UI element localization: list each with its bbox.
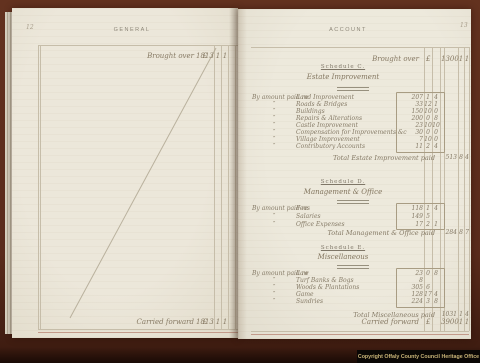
schedule-c-divider <box>337 87 369 91</box>
brought-over-label: Brought over <box>372 55 419 63</box>
amount-pence: 4 <box>432 143 440 150</box>
top-rule <box>251 47 469 48</box>
item-label: Game <box>296 291 314 298</box>
total-pence: 4 <box>464 154 470 161</box>
ditto-mark: ″ <box>273 129 275 136</box>
amount-shillings: 1 <box>424 205 432 212</box>
item-label: Turf Banks & Bogs <box>296 277 354 284</box>
schedule-e-title: Miscellaneous <box>278 253 408 261</box>
amount-pence: 1 <box>464 55 470 63</box>
schedule-d-heading: Schedule D. <box>278 179 408 185</box>
ditto-mark: ″ <box>273 136 275 143</box>
ledger-row: ″ Turf Banks & Bogs 8 <box>238 277 471 284</box>
amount-pounds: 118 <box>398 205 423 212</box>
amount-pence: 0 <box>432 108 440 115</box>
amount-pounds: 30 <box>398 129 423 136</box>
amount-pounds: 7 <box>398 136 423 143</box>
item-label: Roads & Bridges <box>296 101 347 108</box>
total-row: Total Estate Improvement paid 513 8 4 <box>238 154 471 161</box>
amount-pence: 1 <box>432 221 440 228</box>
amount-pounds: 149 <box>398 213 423 220</box>
right-page: 13 ACCOUNT Brought over £ 1300 1 1 Sched… <box>238 9 471 339</box>
amount-shillings: 2 <box>424 143 432 150</box>
amount-pounds: 1813 <box>196 52 212 60</box>
ledger-row: ″ Roads & Bridges 33 12 1 <box>238 101 471 108</box>
schedule-e-heading: Schedule E. <box>278 245 408 251</box>
amount-pence: 10 <box>432 122 440 129</box>
ledger-row: ″ Office Expenses 17 2 1 <box>238 221 471 228</box>
amount-shillings: 5 <box>424 213 432 220</box>
ditto-mark: ″ <box>273 143 275 150</box>
ledger-row: ″ Castle Improvement 23 10 10 <box>238 122 471 129</box>
ditto-mark: ″ <box>273 122 275 129</box>
amount-shillings: 12 <box>424 101 432 108</box>
ledger-row: ″ Buildings 150 10 0 <box>238 108 471 115</box>
ditto-mark: ″ <box>273 298 275 305</box>
total-pence: 7 <box>464 229 470 236</box>
amount-shillings: 1 <box>215 52 221 60</box>
amount-shillings: 3 <box>424 298 432 305</box>
amount-pence: 8 <box>432 115 440 122</box>
total-pounds: 513 <box>441 154 457 161</box>
item-label: Sundries <box>296 298 323 305</box>
item-label: Repairs & Alterations <box>296 115 362 122</box>
ditto-mark: ″ <box>273 115 275 122</box>
amount-pence: 1 <box>222 318 228 326</box>
ledger-row: ″ Salaries 149 5 <box>238 213 471 220</box>
amount-pounds: 200 <box>398 115 423 122</box>
ledger-row: ″ Game 128 17 4 <box>238 291 471 298</box>
amount-shillings: 10 <box>424 136 432 143</box>
amount-shillings: 1 <box>424 94 432 101</box>
ditto-mark: ″ <box>273 108 275 115</box>
carried-forward-line: Carried forward £ 1813 1 1 <box>12 318 238 327</box>
carried-forward-label: Carried forward <box>362 318 419 326</box>
amount-pence: 8 <box>432 270 440 277</box>
total-row: Total Management & Office paid 284 8 7 <box>238 229 471 236</box>
schedule-c-title: Estate Improvement <box>278 73 408 81</box>
amount-shillings: 10 <box>424 122 432 129</box>
item-label: Fees <box>296 205 310 212</box>
ledger-row: ″ Compensation for Improvements &c 30 0 … <box>238 129 471 136</box>
ditto-mark: ″ <box>273 291 275 298</box>
amount-pounds: 3900 <box>441 318 457 326</box>
schedule-c-heading: Schedule C. <box>278 64 408 70</box>
amount-pounds: 1813 <box>196 318 212 326</box>
currency-symbol: £ <box>426 318 430 326</box>
item-label: Contributory Accounts <box>296 143 365 150</box>
item-label: Castle Improvement <box>296 122 358 129</box>
brought-over-label: Brought over <box>147 52 194 60</box>
amount-pounds: 11 <box>398 143 423 150</box>
ditto-mark: ″ <box>273 101 275 108</box>
total-label: Total Management & Office paid <box>327 229 435 237</box>
amount-pence: 1 <box>222 52 228 60</box>
item-label: Law <box>296 270 309 277</box>
total-pounds: 284 <box>441 229 457 236</box>
schedule-d-title: Management & Office <box>278 188 408 196</box>
amount-pence: 0 <box>432 129 440 136</box>
amount-pence: 4 <box>432 205 440 212</box>
ditto-mark: ″ <box>273 284 275 291</box>
total-pence: 4 <box>464 311 470 318</box>
carried-forward-line: Carried forward £ 3900 1 1 <box>238 318 471 327</box>
amount-pounds: 8 <box>398 277 423 284</box>
ledger-row: By amount paid re Land Improvement 207 1… <box>238 94 471 101</box>
item-label: Woods & Plantations <box>296 284 359 291</box>
amount-pounds: 150 <box>398 108 423 115</box>
amount-shillings: 10 <box>424 108 432 115</box>
total-pounds: 1031 <box>441 311 457 318</box>
item-label: Office Expenses <box>296 221 345 228</box>
amount-pounds: 23 <box>398 122 423 129</box>
schedule-e-divider <box>337 265 369 269</box>
right-page-number: 13 <box>460 22 468 29</box>
amount-shillings: 2 <box>424 221 432 228</box>
ledger-row: By amount paid re Fees 118 1 4 <box>238 205 471 212</box>
amount-shillings: 0 <box>424 115 432 122</box>
amount-pence: 4 <box>432 94 440 101</box>
amount-pounds: 305 <box>398 284 423 291</box>
ledger-row: ″ Sundries 224 3 8 <box>238 298 471 305</box>
total-label: Total Estate Improvement paid <box>333 154 435 162</box>
ledger-row: ″ Village Improvement 7 10 0 <box>238 136 471 143</box>
bottom-rule-red <box>251 334 469 335</box>
amount-pounds: 1300 <box>441 55 457 63</box>
ditto-mark: ″ <box>273 221 275 228</box>
amount-pence: 1 <box>464 318 470 326</box>
ditto-mark: ″ <box>273 277 275 284</box>
amount-pounds: 224 <box>398 298 423 305</box>
bottom-rule <box>251 331 469 332</box>
amount-shillings: 17 <box>424 291 432 298</box>
amount-pence: 0 <box>432 136 440 143</box>
amount-pence: 8 <box>432 298 440 305</box>
item-label: Buildings <box>296 108 325 115</box>
amount-shillings: 0 <box>424 270 432 277</box>
item-label: Land Improvement <box>296 94 354 101</box>
ledger-row: By amount paid re Law 23 0 8 <box>238 270 471 277</box>
item-label: Salaries <box>296 213 321 220</box>
amount-pounds: 33 <box>398 101 423 108</box>
item-label: Village Improvement <box>296 136 360 143</box>
amount-shillings: 0 <box>424 129 432 136</box>
amount-shillings: 6 <box>424 284 432 291</box>
ditto-mark: ″ <box>273 213 275 220</box>
schedule-d-divider <box>337 200 369 204</box>
carried-forward-label: Carried forward <box>137 318 194 326</box>
amount-pence: 4 <box>432 291 440 298</box>
amount-pounds: 23 <box>398 270 423 277</box>
amount-pence: 1 <box>432 101 440 108</box>
account-stamp: ACCOUNT <box>316 27 380 33</box>
brought-over-line: Brought over £ 1300 1 1 <box>238 55 471 64</box>
amount-pounds: 207 <box>398 94 423 101</box>
ledger-row: ″ Contributory Accounts 11 2 4 <box>238 143 471 150</box>
item-label: Compensation for Improvements &c <box>296 129 407 136</box>
ledger-row: ″ Repairs & Alterations 200 0 8 <box>238 115 471 122</box>
currency-symbol: £ <box>426 55 430 63</box>
left-page: 12 GENERAL Brought over £ 1813 1 1 Carri… <box>12 8 238 338</box>
amount-pounds: 17 <box>398 221 423 228</box>
copyright-text: Copyright Offaly County Council Heritage… <box>358 354 479 360</box>
brought-over-line: Brought over £ 1813 1 1 <box>12 52 238 61</box>
ledger-row: ″ Woods & Plantations 305 6 <box>238 284 471 291</box>
amount-shillings: 1 <box>215 318 221 326</box>
total-row: Total Miscellaneous paid 1031 1 4 <box>238 311 471 318</box>
amount-pounds: 128 <box>398 291 423 298</box>
ledger-photo: 12 GENERAL Brought over £ 1813 1 1 Carri… <box>0 0 480 363</box>
copyright-bar: Copyright Offaly County Council Heritage… <box>357 350 480 363</box>
